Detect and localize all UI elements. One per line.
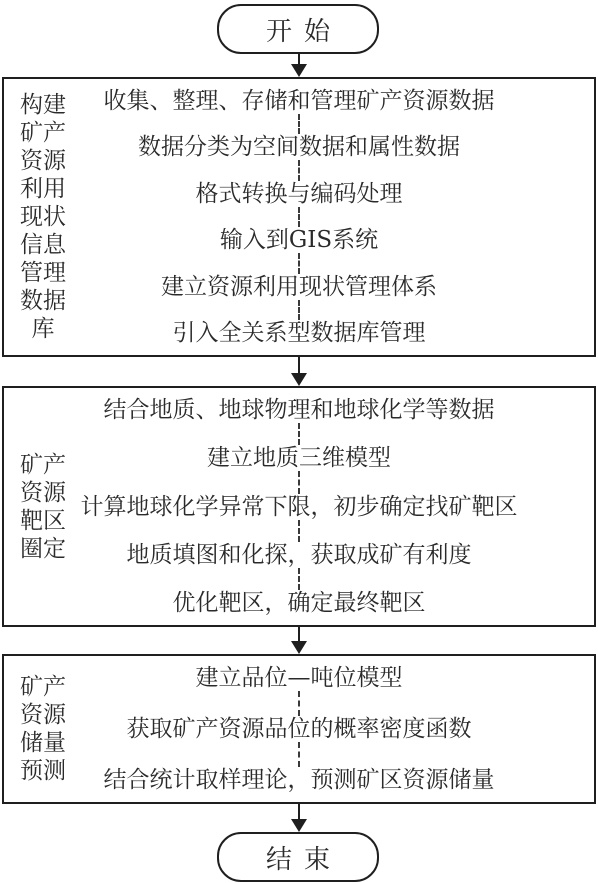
step-dashed-connector bbox=[298, 742, 300, 767]
step-text: 格式转换与编码处理 bbox=[196, 181, 403, 207]
arrow-shaft bbox=[298, 357, 300, 373]
step-text: 建立地质三维模型 bbox=[207, 445, 391, 471]
step-text: 获取矿产资源品位的概率密度函数 bbox=[127, 716, 472, 742]
step-text: 优化靶区，确定最终靶区 bbox=[173, 590, 426, 616]
step-dashed-connector bbox=[298, 207, 300, 227]
section-steps: 结合地质、地球物理和地球化学等数据建立地质三维模型计算地球化学异常下限，初步确定… bbox=[4, 388, 594, 625]
arrow-head-icon bbox=[291, 373, 307, 386]
arrow-shaft bbox=[298, 627, 300, 641]
arrow-head-icon bbox=[291, 64, 307, 77]
step-text: 结合地质、地球物理和地球化学等数据 bbox=[104, 397, 495, 423]
step-dashed-connector bbox=[298, 253, 300, 273]
section-steps: 建立品位—吨位模型获取矿产资源品位的概率密度函数结合统计取样理论，预测矿区资源储… bbox=[4, 656, 594, 802]
flow-arrow-section3-to-end bbox=[290, 804, 308, 832]
step-dashed-connector bbox=[298, 471, 300, 493]
section-reserve-prediction: 建立品位—吨位模型获取矿产资源品位的概率密度函数结合统计取样理论，预测矿区资源储… bbox=[2, 654, 596, 804]
section-steps: 收集、整理、存储和管理矿产资源数据数据分类为空间数据和属性数据格式转换与编码处理… bbox=[4, 79, 594, 355]
step-text: 结合统计取样理论，预测矿区资源储量 bbox=[104, 767, 495, 793]
step-dashed-connector bbox=[298, 300, 300, 320]
step-text: 收集、整理、存储和管理矿产资源数据 bbox=[104, 88, 495, 114]
step-dashed-connector bbox=[298, 568, 300, 590]
step-text: 计算地球化学异常下限，初步确定找矿靶区 bbox=[81, 494, 518, 520]
flow-arrow-section1-to-section2 bbox=[290, 357, 308, 386]
step-text: 地质填图和化探，获取成矿有利度 bbox=[127, 542, 472, 568]
step-text: 建立资源利用现状管理体系 bbox=[161, 274, 437, 300]
step-dashed-connector bbox=[298, 160, 300, 180]
section-side-label: 矿产资源靶区圈定 bbox=[16, 388, 70, 625]
flowchart-canvas: 开始 收集、整理、存储和管理矿产资源数据数据分类为空间数据和属性数据格式转换与编… bbox=[0, 0, 598, 883]
start-terminator: 开始 bbox=[217, 4, 379, 54]
arrow-head-icon bbox=[291, 641, 307, 654]
step-text: 引入全关系型数据库管理 bbox=[173, 320, 426, 346]
flow-arrow-start-to-section1 bbox=[290, 52, 308, 77]
section-side-label: 构建矿产资源利用现状信息管理数据库 bbox=[16, 79, 70, 355]
step-dashed-connector bbox=[298, 691, 300, 716]
end-terminator: 结束 bbox=[217, 832, 379, 882]
step-dashed-connector bbox=[298, 114, 300, 134]
step-dashed-connector bbox=[298, 520, 300, 542]
end-label: 结束 bbox=[254, 839, 342, 876]
arrow-head-icon bbox=[291, 819, 307, 832]
section-target-delineation: 结合地质、地球物理和地球化学等数据建立地质三维模型计算地球化学异常下限，初步确定… bbox=[2, 386, 596, 627]
step-text: 数据分类为空间数据和属性数据 bbox=[138, 134, 460, 160]
step-dashed-connector bbox=[298, 423, 300, 445]
section-side-label: 矿产资源储量预测 bbox=[16, 656, 70, 802]
section-database-construction: 收集、整理、存储和管理矿产资源数据数据分类为空间数据和属性数据格式转换与编码处理… bbox=[2, 77, 596, 357]
flow-arrow-section2-to-section3 bbox=[290, 627, 308, 654]
arrow-shaft bbox=[298, 804, 300, 819]
step-text: 输入到GIS系统 bbox=[220, 227, 378, 253]
start-label: 开始 bbox=[254, 11, 342, 48]
arrow-shaft bbox=[298, 52, 300, 64]
step-text: 建立品位—吨位模型 bbox=[196, 665, 403, 691]
